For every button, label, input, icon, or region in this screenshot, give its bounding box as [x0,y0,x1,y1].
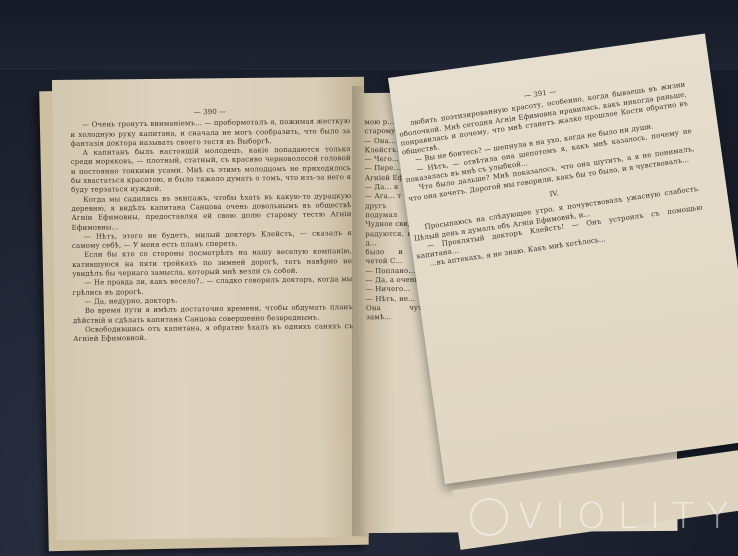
watermark: VIOLITY [470,496,738,537]
paragraph: — Очень тронутъ вниманіемъ... — пробормо… [70,117,350,149]
paragraph: А капитанъ былъ настоящій молодецъ, какі… [71,145,352,195]
paragraph: Когда мы садились въ экипажъ, чтобы ѣхат… [71,192,351,233]
paragraph: Если бы кто со стороны посмотрѣлъ на наш… [72,248,352,280]
fragment: Она чуть замѣ... [366,304,426,323]
fragment: — Нѣтъ, не... [366,294,426,304]
watermark-text: VIOLITY [518,496,738,537]
circle-logo-icon [470,498,508,536]
left-page-text: — 390 — — Очень тронутъ вниманіемъ... — … [70,106,353,344]
paragraph: Освободившись отъ капитана, я обратно ѣх… [73,322,353,345]
